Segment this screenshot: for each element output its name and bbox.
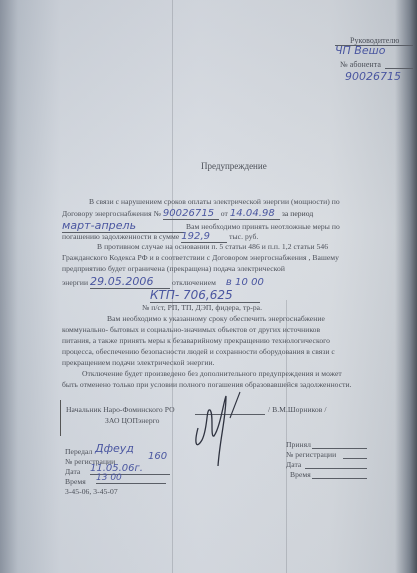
signer-name: / В.М.Шорников /	[268, 405, 327, 414]
period-label: за период	[282, 209, 313, 218]
sent-label: Передал	[65, 447, 92, 456]
cutoff-time: в 10 00	[226, 277, 264, 288]
received-date-label: Дата	[286, 460, 301, 469]
signer-org: ЗАО ЦОПэнерго	[105, 416, 160, 425]
subscriber-line	[385, 68, 413, 69]
received-time-label: Время	[290, 470, 311, 479]
document-title: Предупреждение	[201, 161, 267, 171]
p4-line1: Отключение будет произведено без дополни…	[82, 369, 342, 378]
date-label: Дата	[65, 467, 80, 476]
signature-scribble	[180, 388, 250, 468]
time-label: Время	[65, 477, 86, 486]
cutoff-date: 29.05.2006	[90, 275, 170, 289]
received-reg-line	[343, 458, 367, 459]
subscriber-label: № абонента	[340, 60, 381, 69]
received-reg-label: № регистрации	[286, 450, 336, 459]
cutoff-label: отключением	[172, 278, 216, 287]
p2-line2: Гражданского Кодекса РФ и в соответствии…	[62, 253, 339, 262]
p3-line2: коммунально- бытовых и социально-значимы…	[62, 325, 320, 334]
signer-position: Начальник Наро-Фоминского РО	[66, 405, 175, 414]
addressee-name: ЧП Вешо	[335, 44, 385, 57]
energy-label: энергии	[62, 278, 88, 287]
p3-line4: процесса, обеспечению безопасности людей…	[62, 347, 335, 356]
debt-unit: тыс. руб.	[229, 232, 258, 241]
p2-line3: предприятию будет ограничена (прекращена…	[62, 264, 285, 273]
p1-line3-text: Вам необходимо принять неотложные меры п…	[186, 222, 340, 231]
received-time-line	[312, 478, 367, 479]
debt-label: погашению задолженности в сумме	[62, 232, 179, 241]
contract-label: Договору энергоснабжения №	[62, 209, 161, 218]
substation-value: КТП- 706,625	[150, 288, 260, 303]
subscriber-number: 90026715	[345, 70, 401, 83]
phone-numbers: 3-45-06, 3-45-07	[65, 487, 118, 496]
p3-line5: прекращением подачи электрической энерги…	[62, 358, 215, 367]
p2-line1: В противном случае на основании п. 5 ста…	[97, 242, 328, 251]
reg-value: 160	[148, 451, 167, 462]
p2-line4: энергии 29.05.2006 отключением в 10 00	[62, 275, 264, 289]
from-label: от	[221, 209, 228, 218]
received-line	[312, 448, 367, 449]
p3-line3: питания, а также принять меры к безавари…	[62, 336, 330, 345]
received-label: Принял	[286, 440, 311, 449]
time-value: 13 00	[96, 473, 166, 484]
margin-mark	[60, 400, 61, 436]
p3-line1: Вам необходимо к указанному сроку обеспе…	[107, 314, 325, 323]
p1-line1: В связи с нарушением сроков оплаты элект…	[89, 197, 340, 206]
substation-caption: № п/ст, РП, ТП, ДЭП, фидера, тр-ра.	[142, 303, 262, 312]
sent-value: Дфеуд	[95, 442, 134, 455]
received-date-line	[305, 468, 367, 469]
